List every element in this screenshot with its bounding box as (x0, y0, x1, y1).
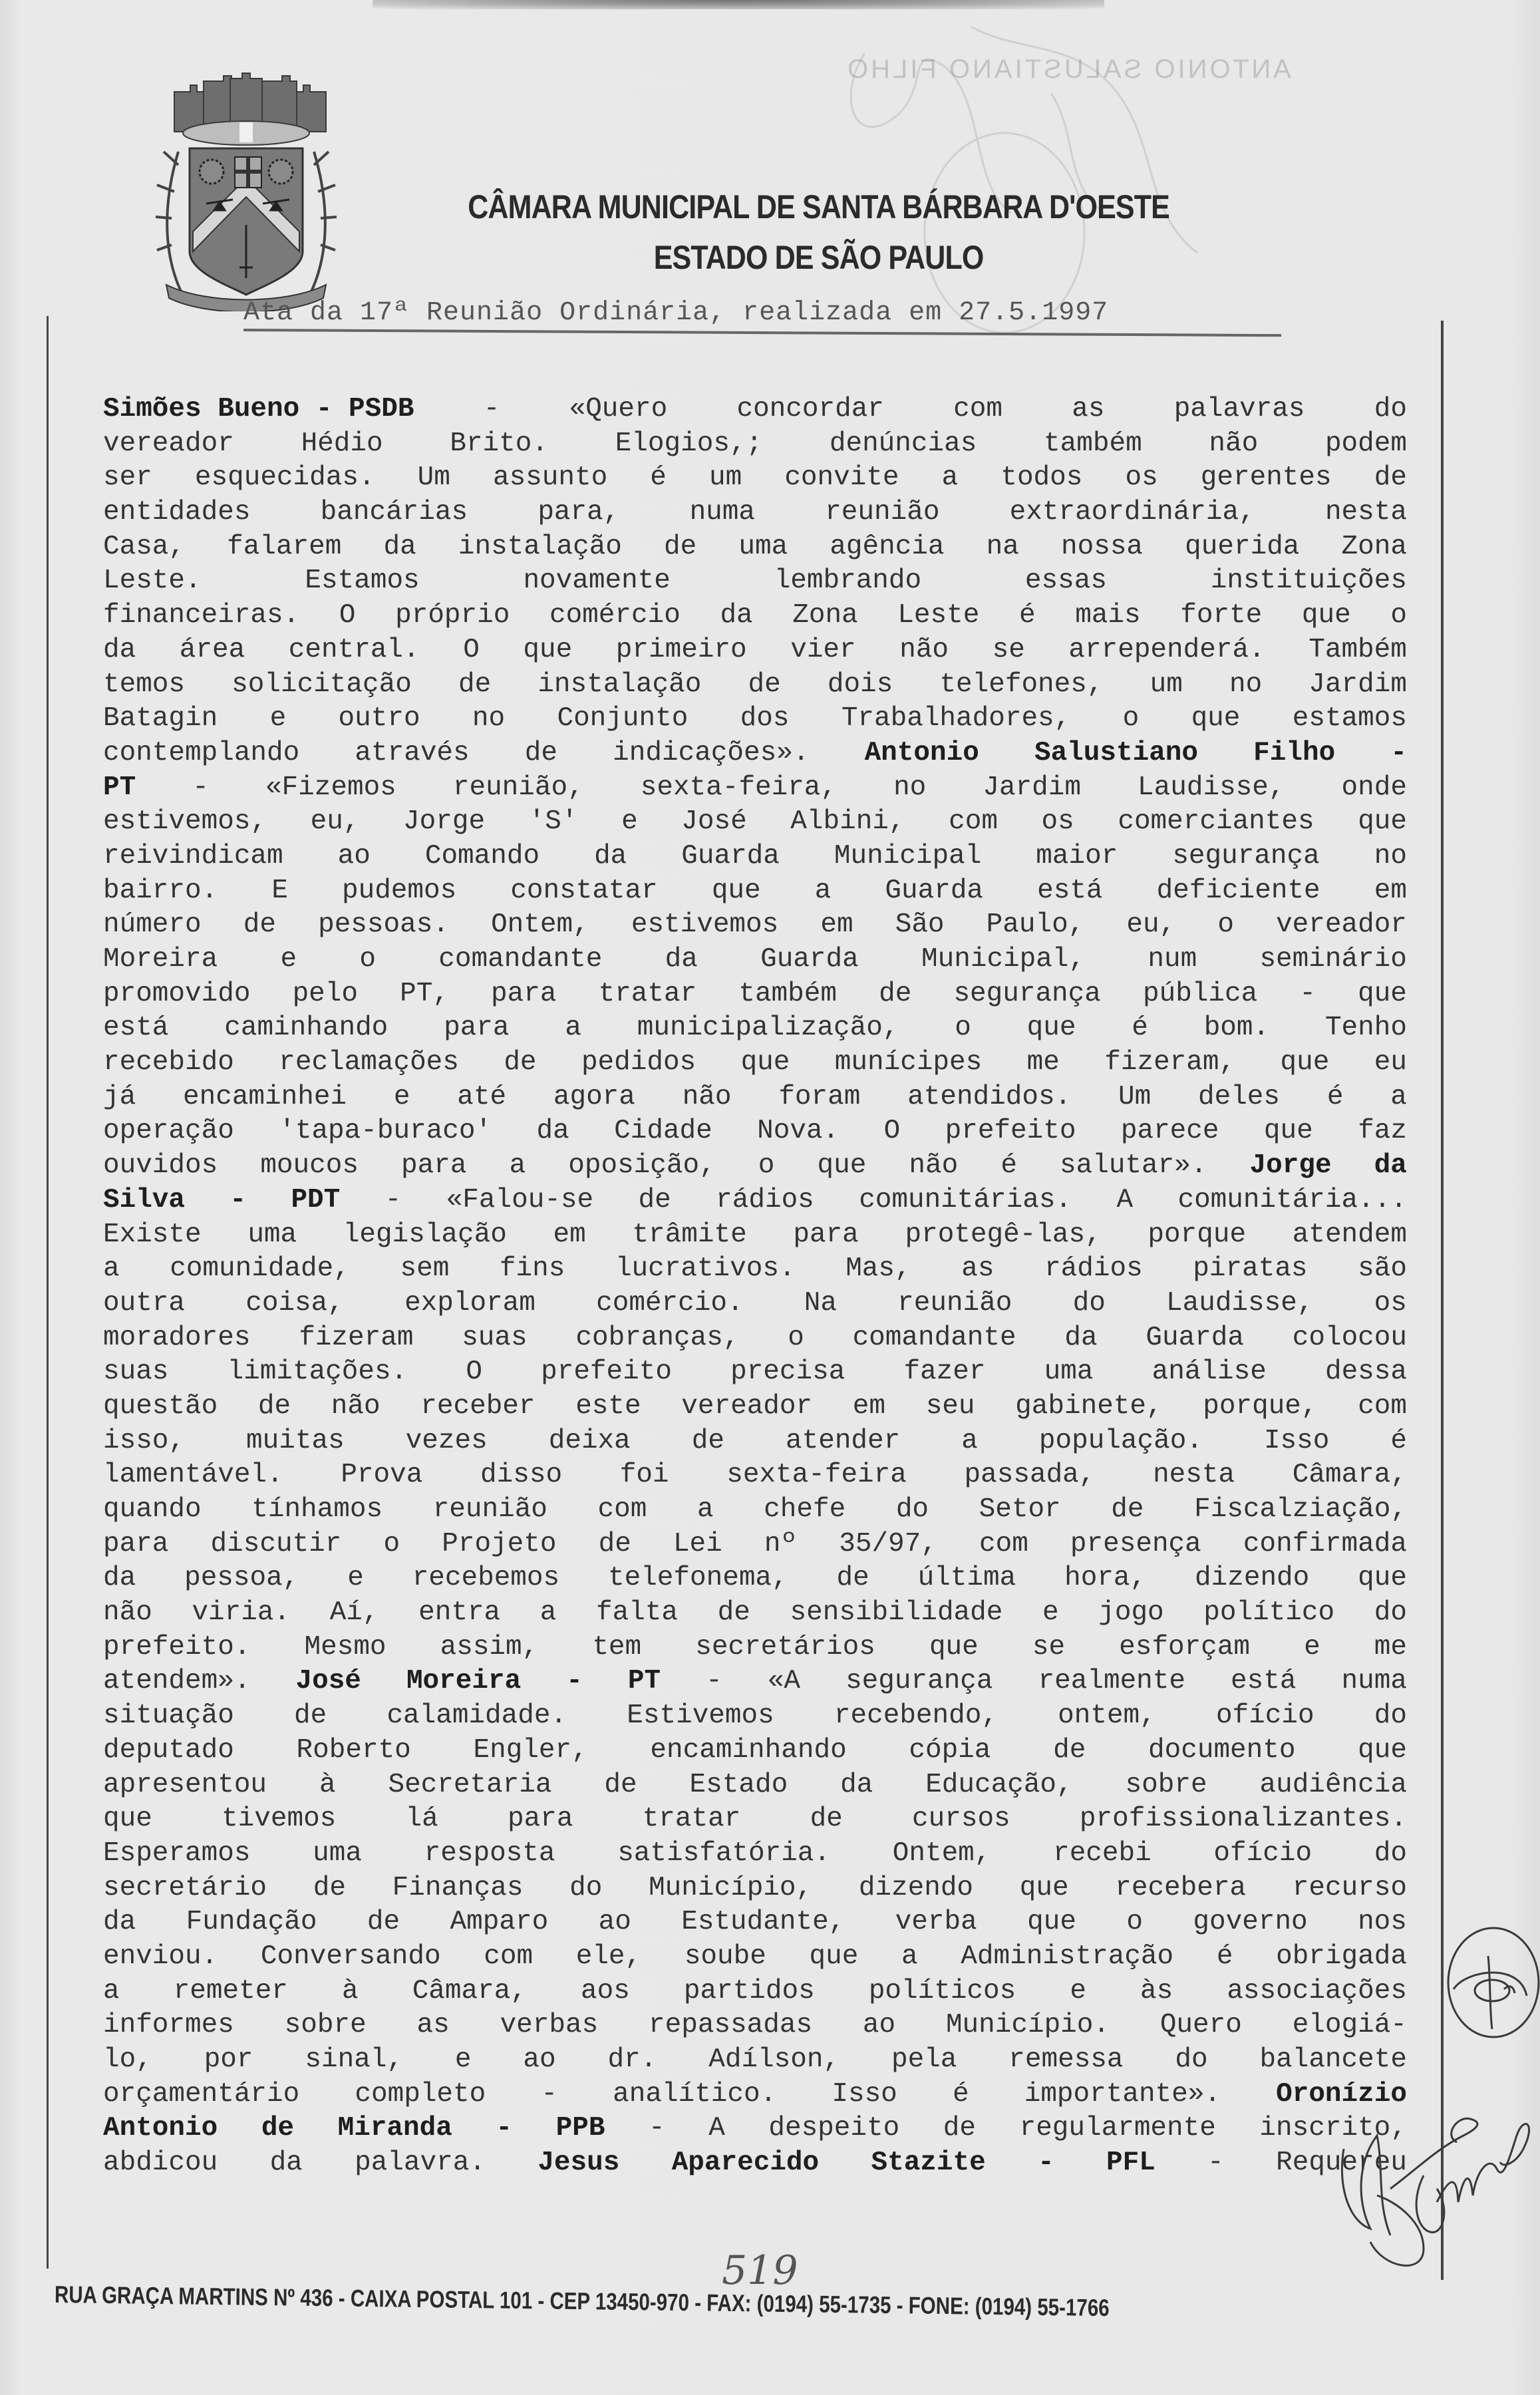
text-word: agora (553, 1080, 635, 1115)
text-word: da (720, 599, 752, 633)
text-word: o (1390, 599, 1407, 633)
text-word: de (1374, 461, 1407, 496)
signature-initials-icon (1404, 2096, 1540, 2249)
text-word: orçamentário (103, 2078, 299, 2112)
text-line: reivindicamaoComandodaGuardaMunicipalmai… (103, 840, 1407, 874)
text-word: lembrando (774, 564, 921, 599)
speaker-name-word: PPB (556, 2112, 605, 2146)
text-word: recurso (1293, 1871, 1407, 1906)
text-word: deficiente (1157, 874, 1320, 909)
text-word: operação (103, 1114, 234, 1149)
minutes-title: Ata da 17ª Reunião Ordinária, realizada … (243, 298, 1108, 328)
text-word: através (355, 736, 469, 771)
speaker-name-word: de (261, 2112, 294, 2146)
text-word: em (1374, 874, 1407, 909)
text-word: da (103, 633, 136, 668)
text-line: bairro.EpudemosconstatarqueaGuardaestáde… (103, 874, 1407, 909)
text-word: a (103, 1252, 120, 1287)
text-word: lamentável. (103, 1458, 283, 1493)
text-word: Secretaria (388, 1768, 551, 1803)
text-word: PT, (400, 977, 449, 1012)
text-word: segurança (1172, 840, 1319, 874)
text-word: segurança (846, 1665, 993, 1699)
speaker-name-word: - (1038, 2146, 1054, 2181)
text-word: solicitação (231, 668, 412, 703)
text-line: jáencaminheieatéagoranãoforamatendidos.U… (103, 1080, 1407, 1115)
text-word: seminário (1259, 943, 1406, 977)
text-word: que (1358, 1561, 1407, 1596)
text-word: dr. (608, 2043, 657, 2078)
text-word: última (918, 1561, 1016, 1596)
text-word: abdicou (103, 2146, 218, 2181)
institution-name: CÂMARA MUNICIPAL DE SANTA BÁRBARA D'OEST… (412, 188, 1225, 226)
footer-address: RUA GRAÇA MARTINS Nº 436 - CAIXA POSTAL … (55, 2281, 1110, 2322)
text-word: reunião (433, 1493, 547, 1527)
text-word: o (788, 1321, 804, 1356)
text-word: o (384, 1527, 400, 1562)
text-word: Prova (341, 1458, 422, 1493)
text-word: é (1327, 1080, 1344, 1115)
text-line: moradoresfizeramsuascobranças,ocomandant… (103, 1321, 1407, 1356)
text-word: José (681, 805, 746, 840)
text-word: Leste. (103, 564, 202, 599)
text-word: sexta-feira, (641, 771, 837, 806)
speaker-name-word: Oronízio (1276, 2078, 1407, 2112)
text-word: Nova. (757, 1114, 839, 1149)
text-word: e (394, 1080, 410, 1115)
text-word: são (1358, 1252, 1407, 1287)
text-word: pessoas. (318, 908, 449, 943)
text-word: não (331, 1390, 381, 1424)
text-line: recebidoreclamaçõesdepedidosquemunícipes… (103, 1046, 1407, 1080)
text-line: prefeito.Mesmoassim,temsecretáriosquesee… (103, 1631, 1407, 1665)
scan-edge-shadow (373, 0, 1104, 9)
text-word: área (180, 633, 245, 668)
text-word: Estudante, (681, 1905, 845, 1940)
text-word: à (319, 1768, 336, 1803)
text-word: recebemos (412, 1561, 559, 1596)
text-word: arrependerá. (1068, 633, 1265, 668)
text-word: ontem, (1058, 1699, 1156, 1734)
text-line: daáreacentral.Oqueprimeiroviernãosearrep… (103, 633, 1407, 668)
text-word: ofício (1213, 1837, 1312, 1871)
text-word: confirmada (1243, 1527, 1407, 1562)
text-word: - (484, 393, 500, 427)
text-word: de (879, 977, 911, 1012)
text-word: não (1209, 427, 1258, 462)
text-word: que (712, 874, 761, 909)
text-line: abdicoudapalavra.JesusAparecidoStazite-P… (103, 2146, 1407, 2181)
text-word: isso, (103, 1424, 185, 1459)
text-word: sexta-feira (726, 1458, 907, 1493)
text-word: não (909, 1149, 958, 1184)
text-word: e (347, 1561, 364, 1596)
text-word: repassadas (649, 2008, 812, 2043)
text-word: os (1125, 461, 1157, 496)
text-word: São (895, 908, 945, 943)
text-word: do (1073, 1287, 1106, 1321)
text-word: Adílson, (708, 2043, 840, 2078)
text-word: governo (1193, 1905, 1307, 1940)
text-word: - (649, 2112, 665, 2146)
text-word: número (103, 908, 202, 943)
text-word: pudemos (342, 874, 456, 909)
text-word: que (1358, 1734, 1407, 1768)
text-word: Fiscalziação, (1194, 1493, 1407, 1527)
text-word: do (569, 1871, 602, 1906)
text-word: que (929, 1631, 979, 1665)
text-line: deputadoRobertoEngler,encaminhandocópiad… (103, 1734, 1407, 1768)
text-word: Estivemos (627, 1699, 774, 1734)
text-word: nos (1358, 1905, 1407, 1940)
text-word: Isso (832, 2078, 897, 2112)
text-word: nesta (1325, 496, 1407, 530)
text-word: importante». (1024, 2078, 1221, 2112)
text-word: muitas (246, 1424, 345, 1459)
text-word: da (384, 530, 416, 565)
text-word: vereador (1276, 908, 1407, 943)
text-word: pelo (293, 977, 358, 1012)
text-word: tínhamos (251, 1493, 383, 1527)
text-word: porque (1148, 1218, 1246, 1253)
text-word: a (901, 1940, 918, 1975)
text-word: tem (592, 1631, 641, 1665)
text-word: não (899, 633, 949, 668)
text-word: Guarda (681, 840, 780, 874)
text-word: encaminhei (183, 1080, 347, 1115)
text-word: Brito. (450, 427, 548, 462)
text-word: Lei (673, 1527, 722, 1562)
text-word: E (271, 874, 288, 909)
text-word: Conjunto (557, 702, 688, 736)
text-line: estivemos,eu,Jorge'S'eJoséAlbini,comosco… (103, 805, 1407, 840)
text-word: completo (355, 2078, 486, 2112)
text-word: constatar (510, 874, 657, 909)
text-word: da (1064, 1321, 1097, 1356)
text-word: tratar (643, 1802, 741, 1837)
text-word: por (204, 2043, 253, 2078)
text-word: elogiá- (1293, 2008, 1407, 2043)
text-word: a (103, 1975, 120, 2009)
text-word: Municipal (834, 840, 981, 874)
text-line: Casa,falaremdainstalaçãodeumaagêncianano… (103, 530, 1407, 565)
text-word: promovido (103, 977, 250, 1012)
text-word: assim, (440, 1631, 539, 1665)
text-word: Finanças (392, 1871, 524, 1906)
text-word: comunitárias. (859, 1184, 1072, 1218)
text-word: remessa (1008, 2043, 1123, 2078)
text-word: jogo (1098, 1596, 1163, 1631)
text-line: ouvidosmoucosparaaoposição,oquenãoésalut… (103, 1149, 1407, 1184)
text-word: no (1374, 840, 1407, 874)
text-word: dizendo (1195, 1561, 1309, 1596)
text-word: remeter (174, 1975, 288, 2009)
text-word: da (103, 1561, 136, 1596)
text-word: «Quero (569, 393, 668, 427)
text-word: dos (740, 702, 790, 736)
text-word: secretário (103, 1871, 267, 1906)
text-word: de (1111, 1493, 1144, 1527)
text-word: prefeito. (103, 1631, 250, 1665)
text-word: porque, (1203, 1390, 1317, 1424)
text-word: primeiro (616, 633, 747, 668)
text-word: Amparo (450, 1905, 549, 1940)
text-word: parece (1121, 1114, 1219, 1149)
text-word: num (1148, 943, 1197, 977)
text-word: tratar (599, 977, 697, 1012)
text-word: satisfatória. (617, 1837, 830, 1871)
text-word: a (961, 1424, 978, 1459)
text-line: Leste.Estamosnovamentelembrandoessasinst… (103, 564, 1407, 599)
text-word: político (1203, 1596, 1334, 1631)
text-word: Laudisse, (1138, 771, 1285, 806)
text-word: verba (895, 1905, 977, 1940)
text-word: reunião (897, 1287, 1012, 1321)
text-word: encaminhando (650, 1734, 846, 1768)
text-word: limitações. (228, 1355, 408, 1390)
speaker-name-word: Antonio (103, 2112, 218, 2146)
text-word: podem (1325, 427, 1407, 462)
speaker-name-word: José (295, 1665, 361, 1699)
text-word: moradores (103, 1321, 250, 1356)
text-word: uma (1044, 1355, 1094, 1390)
text-line: atendem».JoséMoreira-PT-«Asegurançarealm… (103, 1665, 1407, 1699)
text-word: Municipal, (921, 943, 1085, 977)
text-word: prefeito (945, 1114, 1076, 1149)
text-word: outra (103, 1287, 185, 1321)
text-word: instalação (538, 668, 701, 703)
text-word: é (1001, 1149, 1017, 1184)
text-word: pública (1143, 977, 1257, 1012)
text-word: presença (1070, 1527, 1201, 1562)
text-word: suas (462, 1321, 527, 1356)
text-word: no (893, 771, 926, 806)
text-word: de (748, 668, 781, 703)
text-word: comércio (549, 599, 681, 633)
text-word: Existe (103, 1218, 202, 1253)
text-word: com (979, 1527, 1028, 1562)
text-word: no (1229, 668, 1262, 703)
text-word: oposição, (568, 1149, 715, 1184)
text-word: recebendo, (834, 1699, 998, 1734)
text-line: acomunidade,semfinslucrativos.Mas,asrádi… (103, 1252, 1407, 1287)
text-word: Educação, (925, 1768, 1072, 1803)
text-word: para (508, 1802, 573, 1837)
text-word: sobre (1126, 1768, 1207, 1803)
text-word: ouvidos (103, 1149, 218, 1184)
text-line: quetivemosláparatratardecursosprofission… (103, 1802, 1407, 1837)
text-word: concordar (736, 393, 883, 427)
text-word: a (540, 1596, 557, 1631)
text-word: O (463, 633, 480, 668)
text-word: - (541, 2078, 557, 2112)
text-word: salutar». (1060, 1149, 1207, 1184)
text-word: Cidade (614, 1114, 712, 1149)
text-word: Roberto (297, 1734, 411, 1768)
text-word: de (664, 530, 696, 565)
text-word: fizeram (299, 1321, 413, 1356)
text-word: com (598, 1493, 647, 1527)
text-word: hora, (1064, 1561, 1146, 1596)
text-word: Um (418, 461, 450, 496)
text-line: temossolicitaçãodeinstalaçãodedoistelefo… (103, 668, 1407, 703)
text-word: Guarda (1146, 1321, 1244, 1356)
text-word: estivemos, (103, 805, 267, 840)
text-word: Leste (897, 599, 979, 633)
text-word: A (1116, 1184, 1133, 1218)
text-word: piratas (1193, 1252, 1307, 1287)
text-line: aremeteràCâmara,aospartidospolíticoseàsa… (103, 1975, 1407, 2009)
text-word: palavras (1174, 393, 1305, 427)
text-word: comandante (438, 943, 602, 977)
text-word: Casa, (103, 530, 185, 565)
text-word: me (1374, 1631, 1407, 1665)
text-word: que (1358, 977, 1407, 1012)
text-word: os (1042, 805, 1074, 840)
text-line: apresentouàSecretariadeEstadodaEducação,… (103, 1768, 1407, 1803)
text-line: orçamentáriocompleto-analítico.Issoéimpo… (103, 2078, 1407, 2112)
text-word: comunitária... (1177, 1184, 1406, 1218)
text-word: que (1027, 1011, 1076, 1046)
text-word: segurança (953, 977, 1100, 1012)
text-word: Elogios,; (615, 427, 762, 462)
speaker-name-word: Simões Bueno - PSDB (103, 393, 414, 427)
text-word: a (510, 1149, 526, 1184)
text-word: verbas (500, 2008, 599, 2043)
text-word: e (270, 702, 287, 736)
text-word: «Falou-se (446, 1184, 593, 1218)
speaker-name-word: PT (103, 771, 136, 806)
text-word: vezes (406, 1424, 488, 1459)
text-word: situação (103, 1699, 234, 1734)
document-page: ANTONIO SALUSTIANO FILHO (0, 0, 1540, 2395)
text-word: para (491, 977, 556, 1012)
text-line: seresquecidas.Umassuntoéumconviteatodoso… (103, 461, 1407, 496)
text-word: Na (804, 1287, 837, 1321)
text-word: central. (289, 633, 420, 668)
text-word: indicações». (613, 736, 809, 771)
speaker-name-word: Miranda (338, 2112, 452, 2146)
text-word: rádios (1044, 1252, 1143, 1287)
text-word: foi (620, 1458, 669, 1493)
speaker-name-word: - (566, 1665, 583, 1699)
text-word: recebera (1115, 1871, 1246, 1906)
text-word: reunião (825, 496, 939, 530)
text-word: nº (764, 1527, 797, 1562)
text-word: do (1374, 1699, 1407, 1734)
text-word: de (718, 1596, 750, 1631)
speaker-name-word: Aparecido (672, 2146, 819, 2181)
text-line: financeiras.OprópriocomérciodaZonaLesteé… (103, 599, 1407, 633)
text-word: colocou (1293, 1321, 1407, 1356)
text-word: bancárias (321, 496, 468, 530)
text-word: as (961, 1252, 994, 1287)
text-word: Laudisse, (1166, 1287, 1313, 1321)
text-word: para (401, 1149, 466, 1184)
text-word: não (683, 1080, 732, 1115)
text-word: eu, (311, 805, 360, 840)
text-line: informessobreasverbasrepassadasaoMunicíp… (103, 2008, 1407, 2043)
text-word: profissionalizantes. (1080, 1802, 1407, 1837)
text-word: - (192, 771, 209, 806)
text-word: Mas, (846, 1252, 911, 1287)
text-word: que (1027, 1905, 1076, 1940)
text-word: comandante (853, 1321, 1016, 1356)
text-word: moucos (260, 1149, 359, 1184)
text-word: temos (103, 668, 185, 703)
text-word: Um (1118, 1080, 1151, 1115)
text-word: entidades (103, 496, 250, 530)
text-line: promovidopeloPT,paratratartambémdesegura… (103, 977, 1407, 1012)
text-word: deles (1198, 1080, 1280, 1115)
text-word: numa (1342, 1665, 1407, 1699)
text-line: AntoniodeMiranda-PPB-Adespeitoderegularm… (103, 2112, 1407, 2146)
text-word: de (943, 2112, 976, 2146)
text-word: rádios (716, 1184, 814, 1218)
text-word: também (1044, 427, 1142, 462)
text-word: Mesmo (305, 1631, 386, 1665)
text-word: uma (247, 1218, 297, 1253)
text-word: que (1020, 1871, 1069, 1906)
speaker-name-word: da (1374, 1149, 1407, 1184)
text-word: atendem». (103, 1665, 250, 1699)
text-word: do (1374, 393, 1407, 427)
text-word: faz (1358, 1114, 1407, 1149)
text-word: extraordinária, (1010, 496, 1255, 530)
text-word: atendem (1293, 1218, 1407, 1253)
speaker-name-word: Antonio (865, 736, 979, 771)
text-word: ofício (1216, 1699, 1314, 1734)
text-word: Administração (961, 1940, 1173, 1975)
text-word: A (708, 2112, 725, 2146)
text-word: está (1037, 874, 1102, 909)
text-word: forte (1180, 599, 1262, 633)
text-word: palavra. (355, 2146, 486, 2181)
text-word: Quero (1160, 2008, 1242, 2043)
text-word: o (1123, 702, 1140, 736)
text-word: Setor (979, 1493, 1061, 1527)
text-word: o (758, 1149, 775, 1184)
text-word: mais (1075, 599, 1140, 633)
text-word: documento (1148, 1734, 1295, 1768)
text-word: o (359, 943, 376, 977)
text-word: convite (784, 461, 899, 496)
text-word: audiência (1259, 1768, 1406, 1803)
text-word: é (1132, 1011, 1148, 1046)
text-line: secretáriodeFinançasdoMunicípio,dizendoq… (103, 1871, 1407, 1906)
institution-header: CÂMARA MUNICIPAL DE SANTA BÁRBARA D'OEST… (412, 188, 1128, 277)
text-word: Hédio (301, 427, 383, 462)
text-word: ser (103, 461, 152, 496)
text-word: ao (523, 2043, 555, 2078)
text-line: PT-«Fizemosreunião,sexta-feira,noJardimL… (103, 771, 1407, 806)
speaker-name-word: Salustiano (1034, 736, 1198, 771)
speaker-name-word: Filho (1253, 736, 1335, 771)
text-word: se (993, 633, 1025, 668)
text-line: contemplandoatravésdeindicações».Antonio… (103, 736, 1407, 771)
text-word: de (692, 1424, 724, 1459)
text-word: outro (339, 702, 420, 736)
text-word: é (1019, 599, 1036, 633)
text-word: o (1126, 1905, 1143, 1940)
text-word: gerentes (1201, 461, 1332, 496)
text-word: Esperamos (103, 1837, 250, 1871)
text-word: vier (790, 633, 855, 668)
text-word: - (1299, 977, 1316, 1012)
text-line: Simões Bueno - PSDB-«Queroconcordarcomas… (103, 393, 1407, 427)
text-word: receber (420, 1390, 535, 1424)
text-word: e (281, 943, 297, 977)
